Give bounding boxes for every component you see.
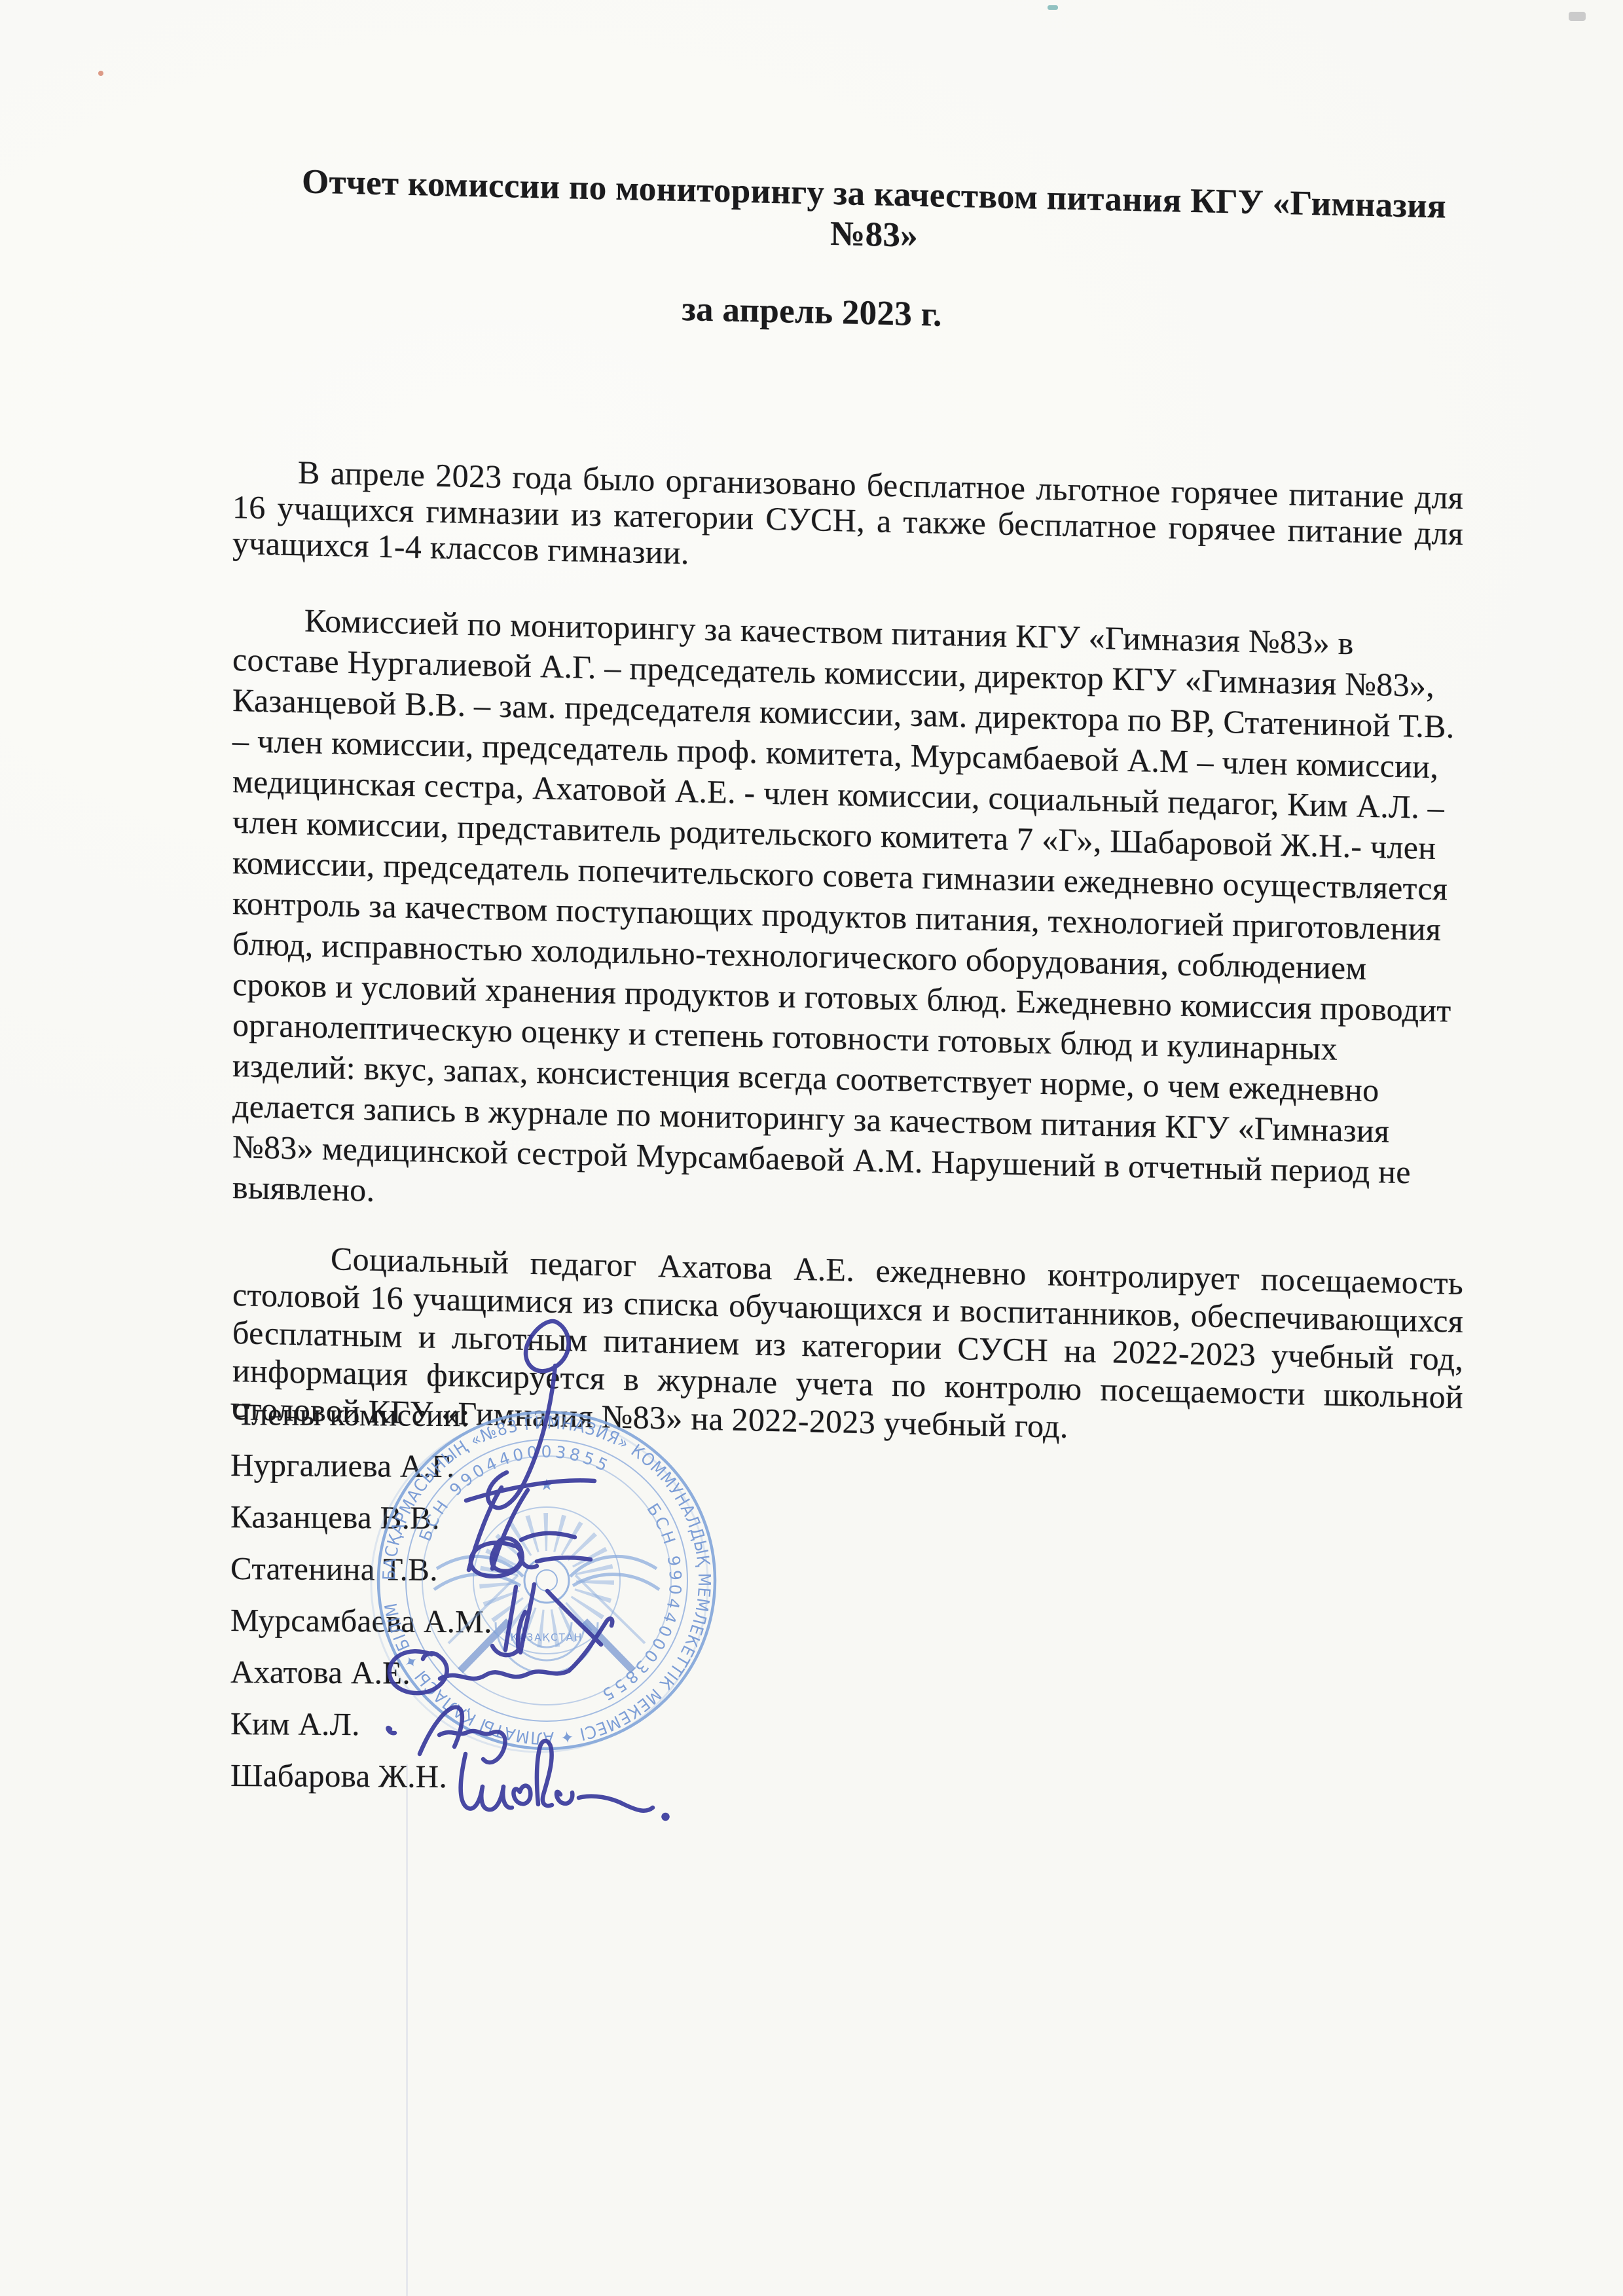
member-name: Казанцева В.В. bbox=[230, 1501, 820, 1537]
paragraph-free-meals: В апреле 2023 года было организовано бес… bbox=[232, 453, 1463, 588]
commission-members-block: Члены комиссии: Нургалиева А.Г. Казанцев… bbox=[230, 1398, 820, 1814]
member-name: Шабарова Ж.Н. bbox=[230, 1759, 820, 1795]
scanned-document-page: Отчет комиссии по мониторингу за качеств… bbox=[0, 0, 1623, 2296]
member-name: Нургалиева А.Г. bbox=[230, 1449, 820, 1485]
document-body: Отчет комиссии по мониторингу за качеств… bbox=[232, 160, 1463, 1454]
member-name: Ким А.Л. bbox=[230, 1707, 820, 1743]
scan-fold-line bbox=[406, 1764, 408, 2296]
scan-speck bbox=[1569, 12, 1586, 21]
member-name: Ахатова А.Е. bbox=[230, 1656, 820, 1692]
signature-trailing-dot bbox=[663, 1815, 667, 1819]
document-title-line2: за апрель 2023 г. bbox=[196, 278, 1427, 346]
paragraph-commission-composition: Комиссией по мониторингу за качеством пи… bbox=[232, 598, 1463, 1234]
document-title-line1: Отчет комиссии по мониторингу за качеств… bbox=[259, 160, 1489, 268]
scan-speck bbox=[1048, 5, 1058, 10]
members-label: Члены комиссии: bbox=[230, 1398, 820, 1434]
member-name: Статенина Т.В. bbox=[230, 1552, 820, 1588]
scan-speck bbox=[98, 71, 103, 76]
member-name: Мурсамбаева А.М. bbox=[230, 1604, 820, 1640]
